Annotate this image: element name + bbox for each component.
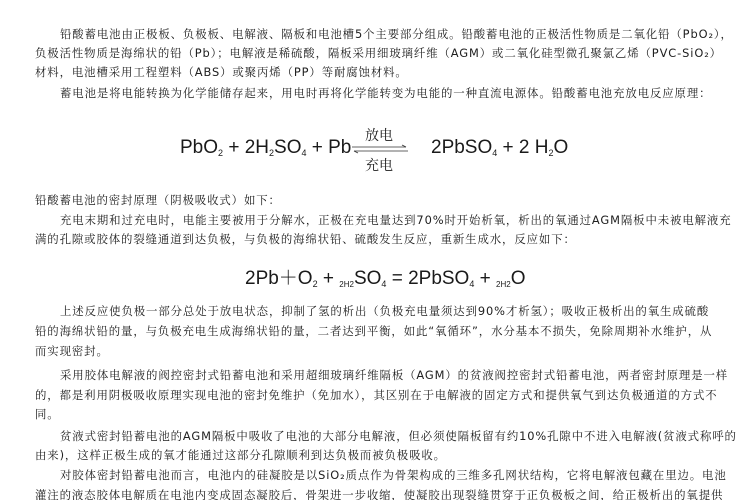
charge-discharge-equation-left: PbO2 + 2H2SO4 + Pb — [180, 137, 351, 159]
charge-label: 充电 — [365, 155, 393, 175]
oxygen-recombination-equation: 2Pb＋O2 + 2H2SO4 = 2PbSO4 + 2H2O — [245, 263, 525, 290]
paragraph-line: 铅酸蓄电池的密封原理（阴极吸收式）如下： — [35, 192, 725, 208]
paragraph-line: 蓄电池是将电能转换为化学能储存起来，用电时再将化学能转变为电能的一种直流电源体。… — [60, 85, 750, 101]
paragraph-line: 负极活性物质是海绵状的铅（Pb）；电解液是稀硫酸，隔板采用细玻璃纤维（AGM）或… — [35, 45, 725, 61]
paragraph-line: 铅酸蓄电池由正极板、负极板、电解液、隔板和电池槽5个主要部分组成。铅酸蓄电池的正… — [60, 26, 750, 42]
paragraph-line: 灌注的液态胶体电解质在电池内变成固态凝胶后，骨架进一步收缩，使凝胶出现裂缝贯穿于… — [35, 487, 725, 500]
paragraph-line: 材料，电池槽采用工程塑料（ABS）或聚丙烯（PP）等耐腐蚀材料。 — [35, 64, 725, 80]
paragraph-line: 贫液式密封铅蓄电池的AGM隔板中吸收了电池的大部分电解液，但必须使隔板留有约10… — [60, 428, 750, 444]
paragraph-line: 上述反应使负极一部分总处于放电状态，抑制了氢的析出（负极充电量须达到90%才析氢… — [60, 303, 750, 319]
paragraph-line: 同。 — [35, 406, 725, 422]
document-page: 铅酸蓄电池由正极板、负极板、电解液、隔板和电池槽5个主要部分组成。铅酸蓄电池的正… — [0, 0, 750, 500]
paragraph-line: 的，都是利用阴极吸收原理实现电池的密封免维护（免加水），其区别在于电解液的固定方… — [35, 387, 725, 403]
reversible-reaction-arrows: 放电 充电 — [350, 125, 410, 180]
paragraph-line: 由来)，这样正极生成的氧才能通过这部分孔隙顺利到达负极而被负极吸收。 — [35, 447, 725, 463]
paragraph-line: 采用胶体电解液的阀控密封式铅蓄电池和采用超细玻璃纤维隔板（AGM）的贫液阀控密封… — [60, 367, 750, 383]
charge-discharge-equation-right: 2PbSO4 + 2 H2O — [431, 137, 568, 159]
paragraph-line: 充电末期和过充电时，电能主要被用于分解水，正极在充电量达到70%时开始析氧，析出… — [60, 212, 750, 228]
double-arrow-icon — [350, 144, 410, 154]
paragraph-line: 而实现密封。 — [35, 343, 725, 359]
paragraph-line: 对胶体密封铅蓄电池而言，电池内的硅凝胶是以SiO₂质点作为骨架构成的三维多孔网状… — [60, 467, 750, 483]
paragraph-line: 铅的海绵状铅的量，与负极充电生成海绵状铅的量，二者达到平衡，如此“氧循环”，水分… — [35, 323, 725, 339]
paragraph-line: 满的孔隙或胶体的裂缝通道到达负极，与负极的海绵状铅、硫酸发生反应，重新生成水，反… — [35, 231, 725, 247]
discharge-label: 放电 — [365, 125, 393, 145]
